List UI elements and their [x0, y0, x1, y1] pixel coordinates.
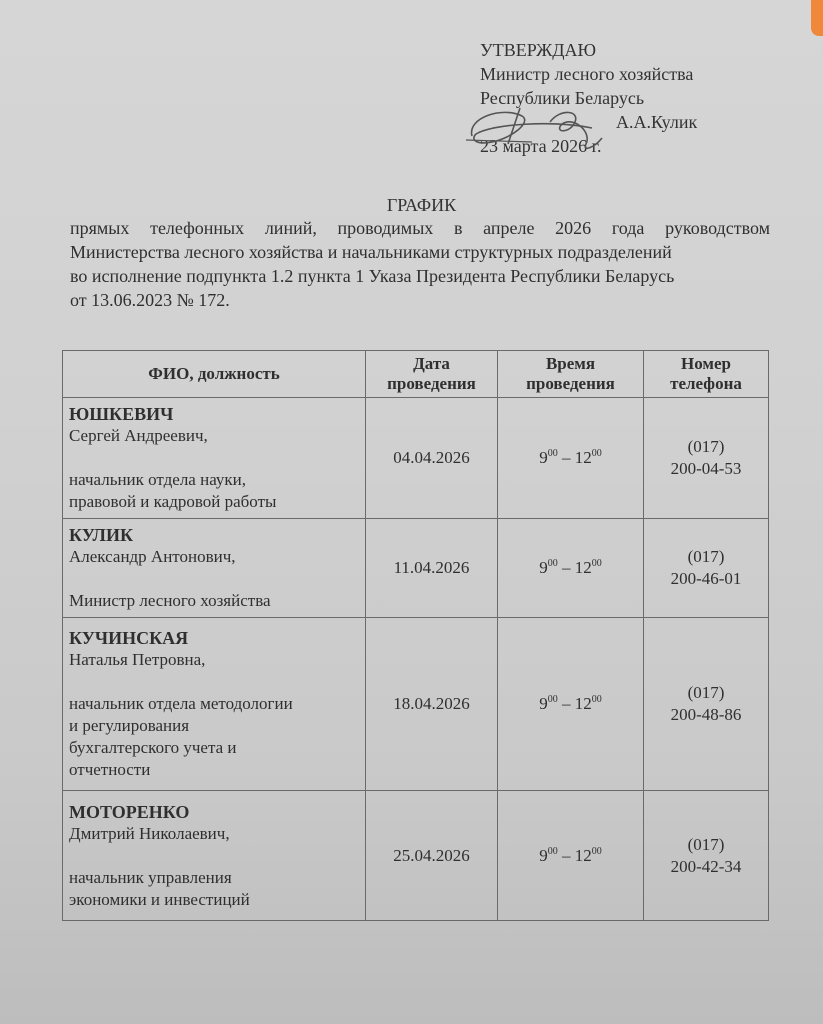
- person-name: Сергей Андреевич,: [69, 425, 359, 447]
- phone-cell: (017)200-48-86: [644, 618, 769, 791]
- person-position: отчетности: [69, 759, 359, 781]
- table-row: ЮШКЕВИЧ Сергей Андреевич, начальник отде…: [63, 398, 769, 519]
- person-cell: КУЧИНСКАЯ Наталья Петровна, начальник от…: [63, 618, 366, 791]
- person-surname: КУЛИК: [69, 524, 359, 546]
- person-surname: КУЧИНСКАЯ: [69, 627, 359, 649]
- time-cell: 900 – 1200: [498, 398, 644, 519]
- header-phone: Номертелефона: [644, 351, 769, 398]
- document-intro: прямых телефонных линий, проводимых в ап…: [70, 216, 770, 312]
- table-row: КУЛИК Александр Антонович, Министр лесно…: [63, 519, 769, 618]
- orange-tab-marker: [811, 0, 823, 36]
- header-time: Времяпроведения: [498, 351, 644, 398]
- document-title: ГРАФИК: [0, 195, 823, 216]
- person-surname: ЮШКЕВИЧ: [69, 403, 359, 425]
- person-position: начальник отдела методологии: [69, 693, 359, 715]
- approval-heading: УТВЕРЖДАЮ: [480, 38, 697, 62]
- phone-cell: (017)200-46-01: [644, 519, 769, 618]
- person-position: и регулирования: [69, 715, 359, 737]
- time-cell: 900 – 1200: [498, 519, 644, 618]
- table-row: КУЧИНСКАЯ Наталья Петровна, начальник от…: [63, 618, 769, 791]
- intro-line: Министерства лесного хозяйства и начальн…: [70, 240, 770, 264]
- date-cell: 18.04.2026: [366, 618, 498, 791]
- person-position: начальник управления: [69, 867, 359, 889]
- approval-position-line1: Министр лесного хозяйства: [480, 62, 697, 86]
- person-surname: МОТОРЕНКО: [69, 801, 359, 823]
- table-header-row: ФИО, должность Датапроведения Времяпрове…: [63, 351, 769, 398]
- person-name: Наталья Петровна,: [69, 649, 359, 671]
- person-position: бухгалтерского учета и: [69, 737, 359, 759]
- header-date: Датапроведения: [366, 351, 498, 398]
- person-name: Дмитрий Николаевич,: [69, 823, 359, 845]
- handwritten-signature-icon: [462, 98, 622, 158]
- person-position: начальник отдела науки,: [69, 469, 359, 491]
- person-cell: КУЛИК Александр Антонович, Министр лесно…: [63, 519, 366, 618]
- person-cell: МОТОРЕНКО Дмитрий Николаевич, начальник …: [63, 791, 366, 921]
- person-position: правовой и кадровой работы: [69, 491, 359, 513]
- phone-cell: (017)200-42-34: [644, 791, 769, 921]
- person-position: экономики и инвестиций: [69, 889, 359, 911]
- phone-lines-schedule-table: ФИО, должность Датапроведения Времяпрове…: [62, 350, 769, 921]
- person-cell: ЮШКЕВИЧ Сергей Андреевич, начальник отде…: [63, 398, 366, 519]
- intro-line: от 13.06.2023 № 172.: [70, 288, 770, 312]
- intro-line: во исполнение подпункта 1.2 пункта 1 Ука…: [70, 264, 770, 288]
- phone-cell: (017)200-04-53: [644, 398, 769, 519]
- person-position: Министр лесного хозяйства: [69, 590, 359, 612]
- date-cell: 11.04.2026: [366, 519, 498, 618]
- time-cell: 900 – 1200: [498, 618, 644, 791]
- time-cell: 900 – 1200: [498, 791, 644, 921]
- table-row: МОТОРЕНКО Дмитрий Николаевич, начальник …: [63, 791, 769, 921]
- date-cell: 04.04.2026: [366, 398, 498, 519]
- intro-line: прямых телефонных линий, проводимых в ап…: [70, 216, 770, 240]
- header-person: ФИО, должность: [63, 351, 366, 398]
- date-cell: 25.04.2026: [366, 791, 498, 921]
- person-name: Александр Антонович,: [69, 546, 359, 568]
